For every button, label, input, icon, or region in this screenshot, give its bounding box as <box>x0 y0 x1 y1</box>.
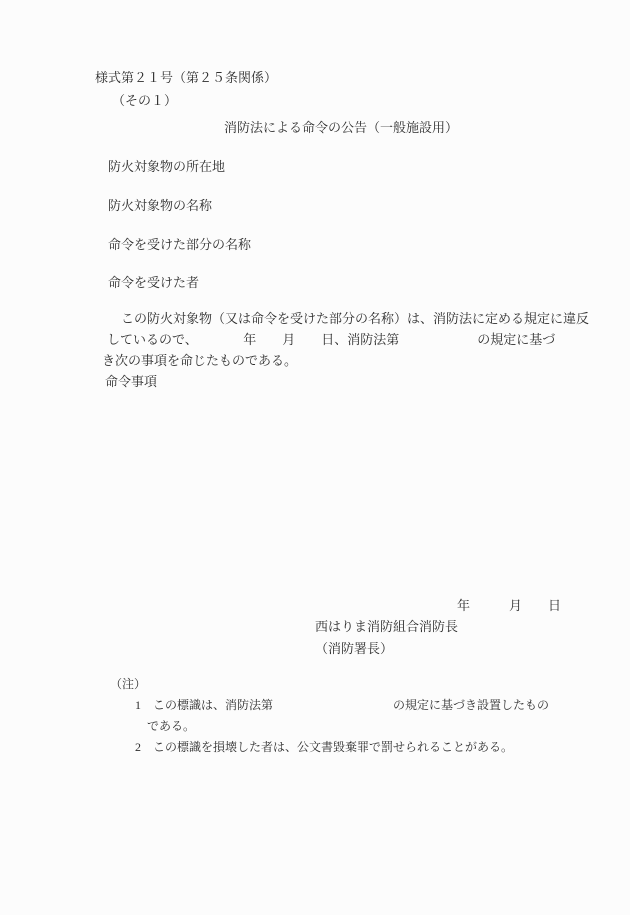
form-number: 様式第２１号（第２５条関係） <box>95 70 277 85</box>
order-items-label: 命令事項 <box>105 374 157 389</box>
body-paragraph-line-3: き次の事項を命じたものである。 <box>102 353 297 368</box>
document-page: 様式第２１号（第２５条関係） （その１） 消防法による命令の公告（一般施設用） … <box>0 0 630 915</box>
date-blank-line: 年 月 日 <box>457 598 561 613</box>
note-1-line-1: 1 この標識は、消防法第 の規定に基づき設置したもの <box>135 698 549 712</box>
note-1-line-2: である。 <box>147 719 195 733</box>
note-2-line: 2 この標識を損壊した者は、公文書毀棄罪で罰せられることがある。 <box>135 740 513 754</box>
issuer-name: 西はりま消防組合消防長 <box>315 619 458 634</box>
field-label-location: 防火対象物の所在地 <box>108 159 225 174</box>
body-paragraph-line-1: この防火対象物（又は命令を受けた部分の名称）は、消防法に定める規定に違反 <box>121 311 589 326</box>
notes-header: （注） <box>110 677 146 691</box>
document-title: 消防法による命令の公告（一般施設用） <box>224 120 458 135</box>
field-label-ordered-part-name: 命令を受けた部分の名称 <box>108 237 251 252</box>
field-label-order-recipient: 命令を受けた者 <box>108 275 199 290</box>
body-paragraph-line-2: しているので、 年 月 日、消防法第 の規定に基づ <box>107 332 555 347</box>
issuer-alt-name: （消防署長） <box>315 641 393 656</box>
field-label-building-name: 防火対象物の名称 <box>108 198 212 213</box>
form-part-label: （その１） <box>112 93 177 108</box>
